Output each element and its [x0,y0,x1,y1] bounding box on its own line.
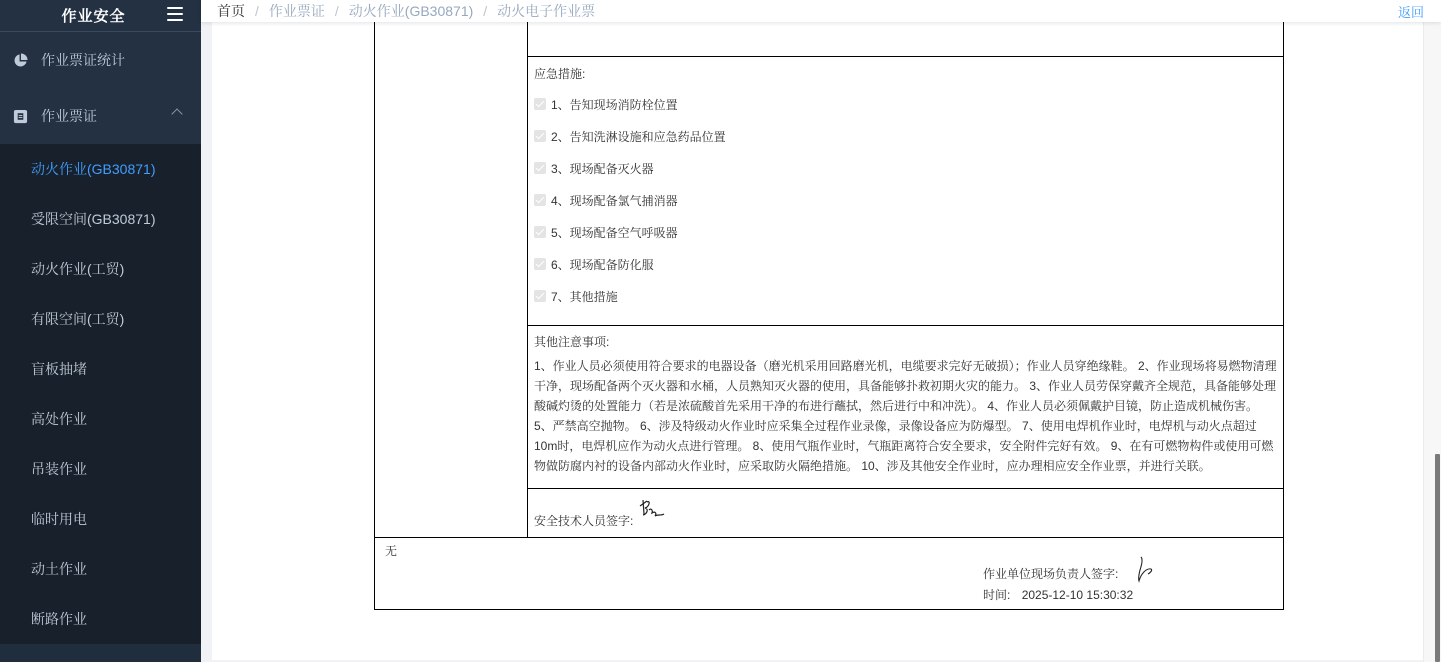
sidebar-item-tickets[interactable]: 作业票证 [0,88,201,144]
sidebar-item-label: 作业票证 [41,106,97,126]
back-button[interactable]: 返回 [1398,2,1424,21]
emergency-label: 应急措施: [534,58,1277,88]
sidebar-item-hot-work-gb[interactable]: 动火作业(GB30871) [0,144,201,194]
checkbox[interactable] [534,162,546,174]
checkbox[interactable] [534,258,546,270]
sidebar-item-label: 作业票证统计 [41,50,125,70]
sidebar-submenu: 动火作业(GB30871) 受限空间(GB30871) 动火作业(工贸) 有限空… [0,144,201,644]
main-area: 18、其它措施 应急措施: 1、告知现场消防栓位置 2、告知洗淋设施和应急药品位… [201,0,1441,662]
notes-text: 1、作业人员必须使用符合要求的电器设备（磨光机采用回路磨光机，电缆要求完好无破损… [534,356,1277,484]
ticket-left-cell [375,1,528,538]
breadcrumb-separator: / [335,3,339,19]
emergency-item: 7、其他措施 [534,280,1277,312]
emergency-item: 1、告知现场消防栓位置 [534,88,1277,120]
emergency-item: 2、告知洗淋设施和应急药品位置 [534,120,1277,152]
breadcrumb-current: 动火电子作业票 [497,3,595,19]
breadcrumb-separator: / [483,3,487,19]
scrollbar-thumb[interactable] [1435,454,1440,662]
time-value: 2025-12-10 15:30:32 [1022,588,1133,602]
opinion-text: 无 [385,542,397,559]
breadcrumb-tickets[interactable]: 作业票证 [269,3,325,19]
ticket-card: 18、其它措施 应急措施: 1、告知现场消防栓位置 2、告知洗淋设施和应急药品位… [212,0,1424,660]
emergency-item: 6、现场配备防化服 [534,248,1277,280]
sidebar-item-temp-power[interactable]: 临时用电 [0,494,201,544]
signature-image [1136,556,1156,587]
scrollbar[interactable] [1423,0,1441,662]
checkbox[interactable] [534,130,546,142]
emergency-item: 3、现场配备灭火器 [534,152,1277,184]
sidebar-item-limited-space-industry[interactable]: 有限空间(工贸) [0,294,201,344]
safety-tech-sign-cell: 安全技术人员签字: [528,489,1284,538]
leader-sign-label: 作业单位现场负责人签字: [983,565,1118,582]
sidebar-item-excavation[interactable]: 动土作业 [0,544,201,594]
breadcrumb: 首页/作业票证/动火作业(GB30871)/动火电子作业票 [217,1,595,21]
other-notes-cell: 其他注意事项: 1、作业人员必须使用符合要求的电器设备（磨光机采用回路磨光机，电… [528,326,1284,489]
breadcrumb-separator: / [255,3,259,19]
emergency-measures-cell: 应急措施: 1、告知现场消防栓位置 2、告知洗淋设施和应急药品位置 3、现场配备… [528,57,1284,326]
sidebar-header: 作业安全 [0,0,201,32]
checkbox[interactable] [534,290,546,302]
sidebar-item-height-work[interactable]: 高处作业 [0,394,201,444]
sidebar-item-lifting[interactable]: 吊装作业 [0,444,201,494]
sidebar: 作业安全 作业票证统计 作业票证 动火作业(GB30871) 受限空间(GB30… [0,0,201,662]
topbar: 首页/作业票证/动火作业(GB30871)/动火电子作业票 返回 [201,0,1441,22]
signature-image [637,498,667,525]
opinion-cell: 无 作业单位现场负责人签字: 时间: 2025-12-10 15:30:32 [375,538,1284,610]
hot-work-ticket-table: 18、其它措施 应急措施: 1、告知现场消防栓位置 2、告知洗淋设施和应急药品位… [374,0,1284,610]
safety-tech-sign-label: 安全技术人员签字: [534,512,633,529]
breadcrumb-hot-work[interactable]: 动火作业(GB30871) [349,3,473,19]
sidebar-item-road-break[interactable]: 断路作业 [0,594,201,644]
emergency-item: 5、现场配备空气呼吸器 [534,216,1277,248]
sidebar-item-hot-work-industry[interactable]: 动火作业(工贸) [0,244,201,294]
app-title: 作业安全 [61,5,125,26]
sidebar-item-blind-plate[interactable]: 盲板抽堵 [0,344,201,394]
app-root: 作业安全 作业票证统计 作业票证 动火作业(GB30871) 受限空间(GB30… [0,0,1441,662]
checkbox[interactable] [534,98,546,110]
time-label: 时间: [983,588,1010,602]
checkbox[interactable] [534,226,546,238]
pie-chart-icon [12,52,28,68]
checkbox[interactable] [534,194,546,206]
sidebar-item-confined-space-gb[interactable]: 受限空间(GB30871) [0,194,201,244]
hamburger-icon[interactable] [167,7,183,21]
chevron-up-icon [171,108,182,119]
breadcrumb-home[interactable]: 首页 [217,3,245,19]
time-row: 时间: 2025-12-10 15:30:32 [983,586,1133,603]
emergency-item: 4、现场配备氯气捕消器 [534,184,1277,216]
sidebar-item-ticket-stats[interactable]: 作业票证统计 [0,32,201,88]
document-icon [12,108,28,124]
notes-label: 其他注意事项: [534,326,1277,356]
